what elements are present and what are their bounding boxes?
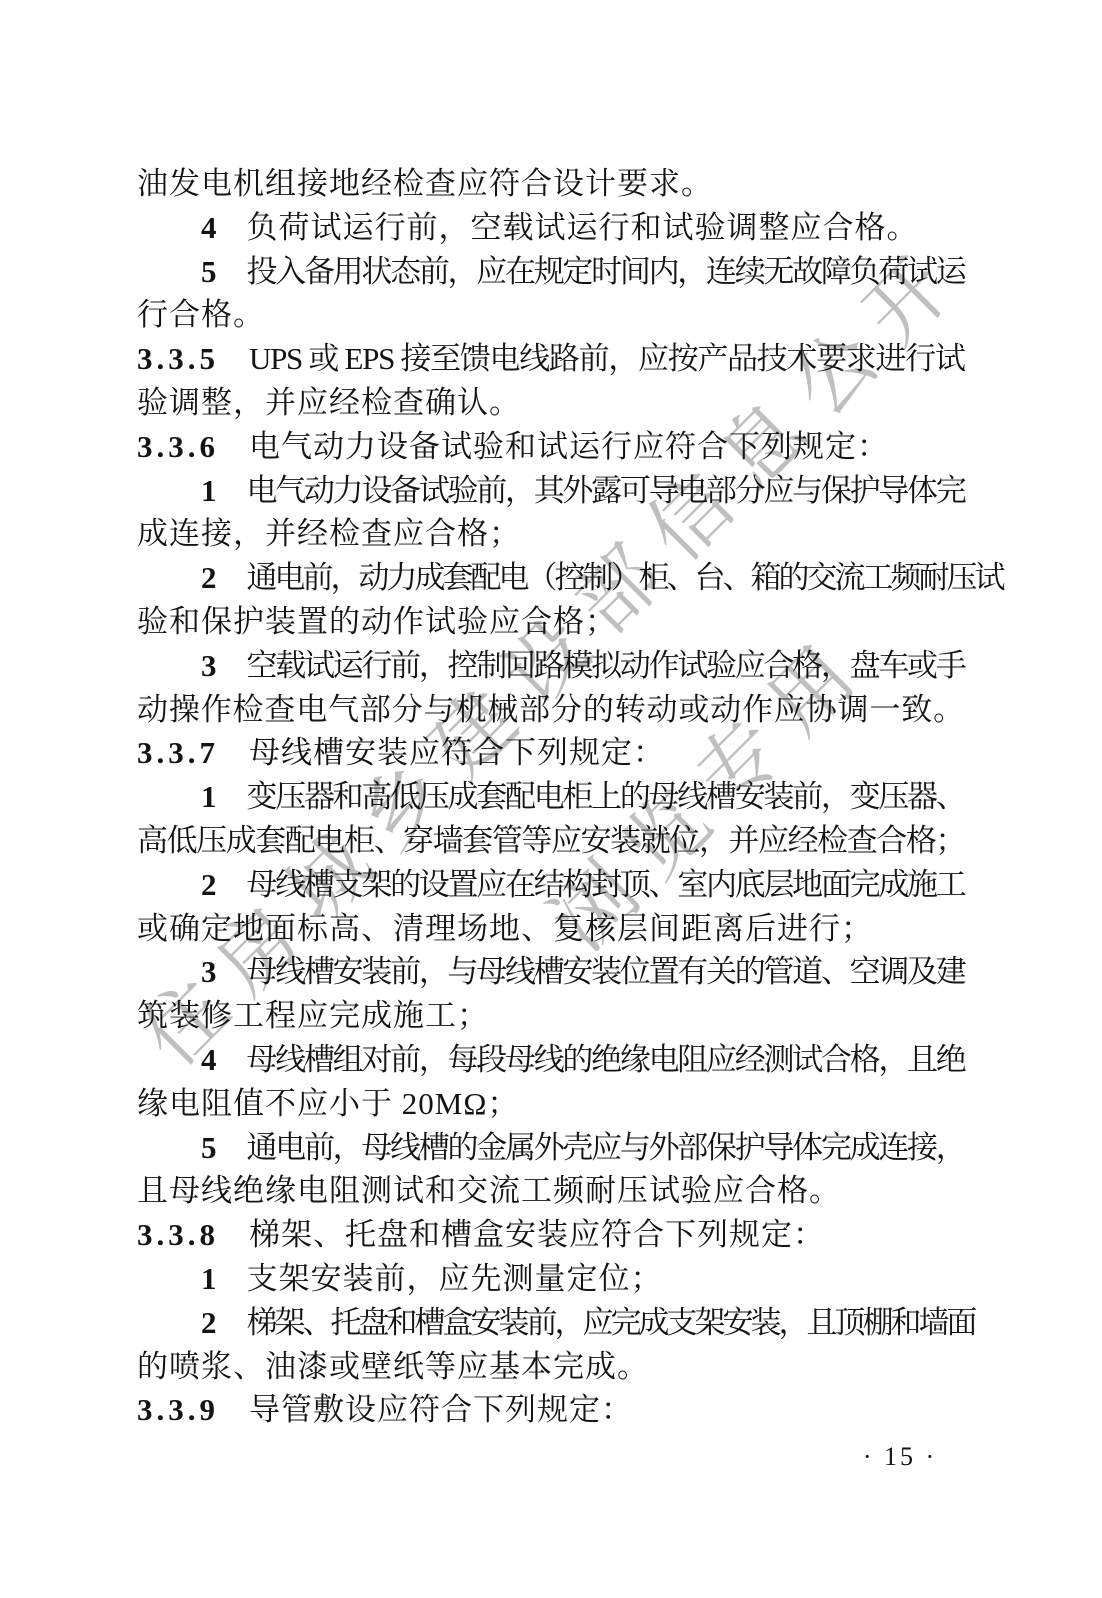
line-text: 母线槽组对前，每段母线的绝缘电阻应经测试合格，且绝	[247, 1042, 965, 1077]
text-line: 或确定地面标高、清理场地、复核层间距离后进行；	[137, 907, 965, 951]
line-text: 且母线绝缘电阻测试和交流工频耐压试验应合格。	[137, 1173, 841, 1208]
line-text: 验调整，并应经检查确认。	[137, 385, 521, 420]
text-line: 3.3.8梯架、托盘和槽盒安装应符合下列规定：	[137, 1213, 965, 1257]
text-line: 的喷浆、油漆或壁纸等应基本完成。	[137, 1345, 965, 1389]
text-line: 3.3.9导管敷设应符合下列规定：	[137, 1388, 965, 1432]
text-line: 3.3.5UPS 或 EPS 接至馈电线路前，应按产品技术要求进行试	[137, 337, 965, 381]
section-number: 3.3.5	[137, 341, 219, 376]
text-line: 缘电阻值不应小于 20MΩ；	[137, 1082, 965, 1126]
text-line: 行合格。	[137, 293, 965, 337]
line-text: 梯架、托盘和槽盒安装前，应完成支架安装，且顶棚和墙面	[247, 1305, 975, 1340]
line-text: 通电前，动力成套配电（控制）柜、台、箱的交流工频耐压试	[247, 560, 1003, 595]
line-text: 成连接，并经检查应合格；	[137, 516, 521, 551]
item-number: 1	[201, 779, 217, 814]
line-text: 母线槽安装前，与母线槽安装位置有关的管道、空调及建	[247, 954, 965, 989]
text-line: 且母线绝缘电阻测试和交流工频耐压试验应合格。	[137, 1169, 965, 1213]
item-number: 3	[201, 954, 217, 989]
line-text: 筑装修工程应完成施工；	[137, 998, 489, 1033]
line-text: 缘电阻值不应小于 20MΩ；	[137, 1086, 519, 1121]
line-text: 导管敷设应符合下列规定：	[249, 1392, 633, 1427]
text-line: 高低压成套配电柜、穿墙套管等应安装就位，并应经检查合格；	[137, 819, 965, 863]
text-line: 2梯架、托盘和槽盒安装前，应完成支架安装，且顶棚和墙面	[137, 1301, 965, 1345]
text-line: 5通电前，母线槽的金属外壳应与外部保护导体完成连接，	[137, 1126, 965, 1170]
text-line: 5投入备用状态前，应在规定时间内，连续无故障负荷试运	[137, 250, 965, 294]
item-number: 1	[201, 1261, 217, 1296]
item-number: 2	[201, 867, 217, 902]
line-text: 母线槽支架的设置应在结构封顶、室内底层地面完成施工	[247, 867, 965, 902]
line-text: 支架安装前，应先测量定位；	[247, 1261, 663, 1296]
document-page: 住房城乡建设部信息公开 浏览专用 油发电机组接地经检查应符合设计要求。4负荷试运…	[0, 0, 1102, 1598]
text-line: 3.3.6电气动力设备试验和试运行应符合下列规定：	[137, 425, 965, 469]
text-line: 动操作检查电气部分与机械部分的转动或动作应协调一致。	[137, 688, 965, 732]
text-line: 成连接，并经检查应合格；	[137, 512, 965, 556]
line-text: 变压器和高低压成套配电柜上的母线槽安装前，变压器、	[247, 779, 965, 814]
text-line: 4母线槽组对前，每段母线的绝缘电阻应经测试合格，且绝	[137, 1038, 965, 1082]
section-number: 3.3.6	[137, 429, 219, 464]
line-text: 高低压成套配电柜、穿墙套管等应安装就位，并应经检查合格；	[137, 823, 965, 858]
line-text: 的喷浆、油漆或壁纸等应基本完成。	[137, 1349, 649, 1384]
line-text: 负荷试运行前，空载试运行和试验调整应合格。	[247, 210, 919, 245]
section-number: 3.3.7	[137, 735, 219, 770]
text-line: 3母线槽安装前，与母线槽安装位置有关的管道、空调及建	[137, 950, 965, 994]
text-line: 1电气动力设备试验前，其外露可导电部分应与保护导体完	[137, 469, 965, 513]
text-line: 1变压器和高低压成套配电柜上的母线槽安装前，变压器、	[137, 775, 965, 819]
text-line: 2母线槽支架的设置应在结构封顶、室内底层地面完成施工	[137, 863, 965, 907]
line-text: 电气动力设备试验和试运行应符合下列规定：	[249, 429, 889, 464]
line-text: 投入备用状态前，应在规定时间内，连续无故障负荷试运	[247, 254, 965, 289]
line-text: 动操作检查电气部分与机械部分的转动或动作应协调一致。	[137, 692, 965, 727]
item-number: 4	[201, 1042, 217, 1077]
item-number: 2	[201, 560, 217, 595]
line-text: 梯架、托盘和槽盒安装应符合下列规定：	[249, 1217, 825, 1252]
item-number: 4	[201, 210, 217, 245]
text-block: 油发电机组接地经检查应符合设计要求。4负荷试运行前，空载试运行和试验调整应合格。…	[137, 162, 965, 1432]
item-number: 5	[201, 1130, 217, 1165]
item-number: 2	[201, 1305, 217, 1340]
line-text: 空载试运行前，控制回路模拟动作试验应合格，盘车或手	[247, 648, 965, 683]
line-text: 通电前，母线槽的金属外壳应与外部保护导体完成连接，	[247, 1130, 965, 1165]
text-line: 4负荷试运行前，空载试运行和试验调整应合格。	[137, 206, 965, 250]
item-number: 5	[201, 254, 217, 289]
line-text: 或确定地面标高、清理场地、复核层间距离后进行；	[137, 911, 873, 946]
line-text: 验和保护装置的动作试验应合格；	[137, 604, 617, 639]
text-line: 1支架安装前，应先测量定位；	[137, 1257, 965, 1301]
line-text: UPS 或 EPS 接至馈电线路前，应按产品技术要求进行试	[249, 341, 965, 376]
text-line: 2通电前，动力成套配电（控制）柜、台、箱的交流工频耐压试	[137, 556, 965, 600]
text-line: 筑装修工程应完成施工；	[137, 994, 965, 1038]
text-line: 验和保护装置的动作试验应合格；	[137, 600, 965, 644]
text-line: 油发电机组接地经检查应符合设计要求。	[137, 162, 965, 206]
item-number: 3	[201, 648, 217, 683]
text-line: 3空载试运行前，控制回路模拟动作试验应合格，盘车或手	[137, 644, 965, 688]
line-text: 电气动力设备试验前，其外露可导电部分应与保护导体完	[247, 473, 965, 508]
line-text: 油发电机组接地经检查应符合设计要求。	[137, 166, 713, 201]
text-line: 验调整，并应经检查确认。	[137, 381, 965, 425]
text-line: 3.3.7母线槽安装应符合下列规定：	[137, 731, 965, 775]
page-number: · 15 ·	[800, 1444, 1000, 1470]
section-number: 3.3.8	[137, 1217, 219, 1252]
item-number: 1	[201, 473, 217, 508]
line-text: 行合格。	[137, 297, 265, 332]
section-number: 3.3.9	[137, 1392, 219, 1427]
line-text: 母线槽安装应符合下列规定：	[249, 735, 665, 770]
